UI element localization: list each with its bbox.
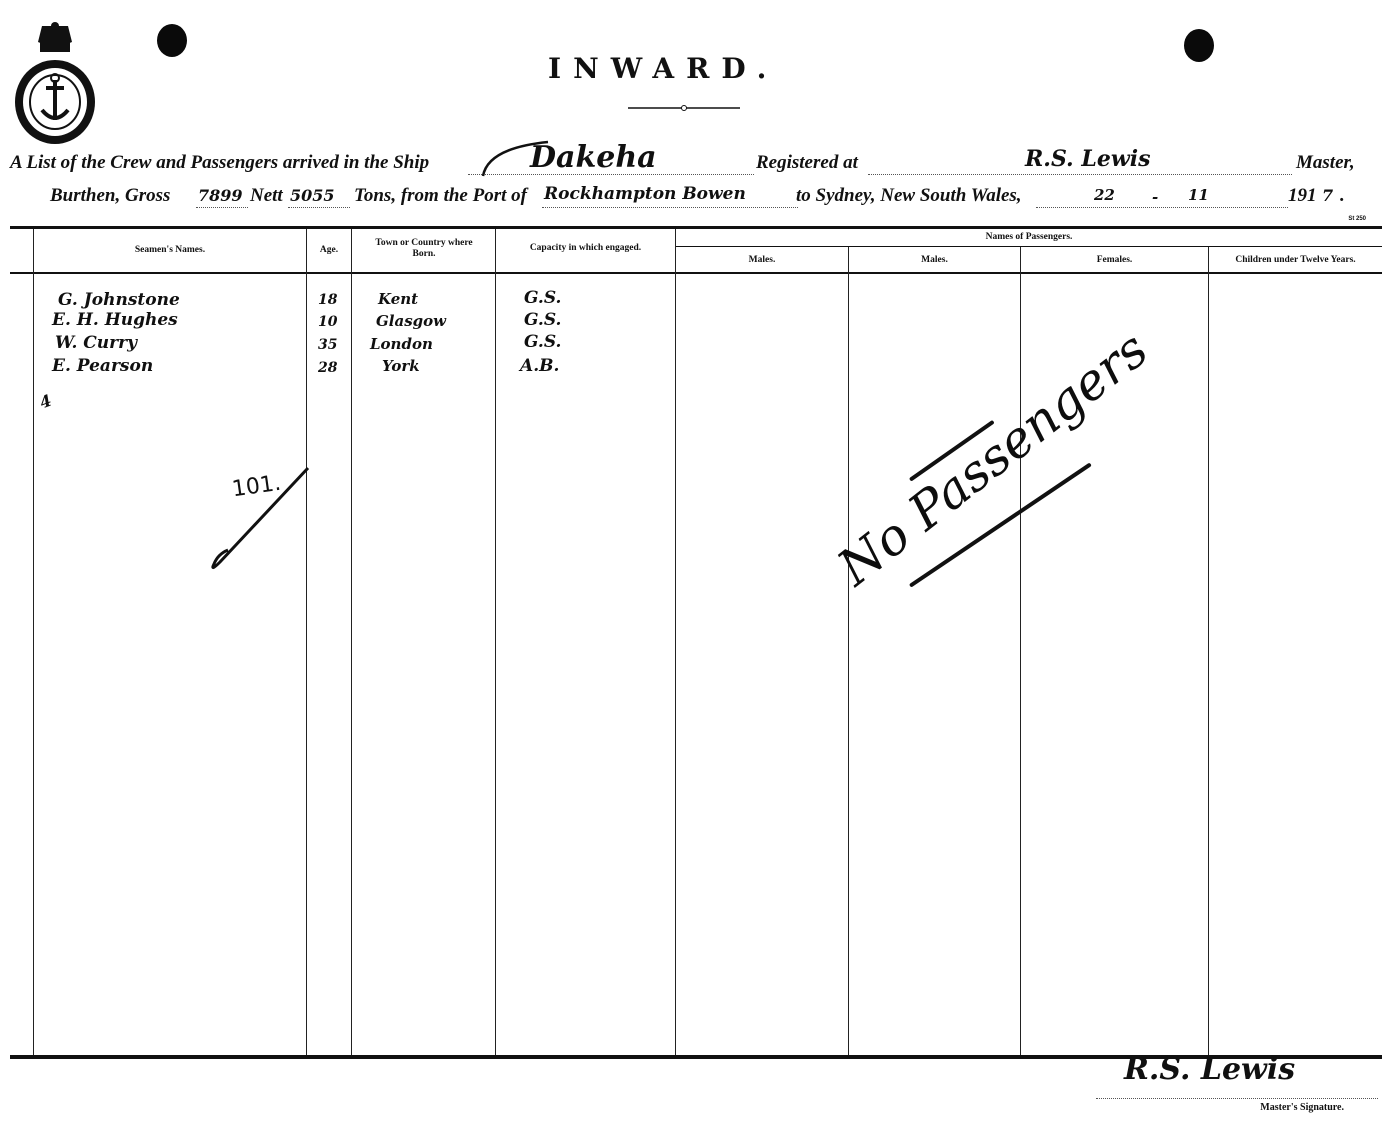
ship-name-flourish: [478, 138, 558, 183]
header-seamens-names: Seamen's Names.: [34, 245, 306, 256]
crew-name: E. H. Hughes: [52, 310, 178, 330]
header-capacity: Capacity in which engaged.: [496, 243, 675, 254]
crew-born: Kent: [378, 290, 418, 308]
date-month-value: 11: [1188, 186, 1209, 204]
gross-value: 7899: [198, 186, 243, 205]
crew-age: 28: [318, 360, 337, 376]
crew-name: E. Pearson: [52, 356, 153, 376]
master-label: Master,: [1296, 152, 1355, 174]
crew-age: 10: [318, 314, 337, 330]
port-field-line: [542, 207, 798, 208]
nett-label: Nett: [250, 185, 283, 207]
col-line-names-age: [306, 229, 307, 1055]
registered-value: R.S. Lewis: [1025, 146, 1151, 172]
crew-name: G. Johnstone: [58, 290, 180, 310]
nett-value: 5055: [290, 186, 335, 205]
signature-line: [1096, 1098, 1378, 1099]
date-day-value: 22: [1094, 186, 1115, 204]
line1-prefix-label: A List of the Crew and Passengers arrive…: [10, 152, 429, 174]
table-top-rule: [10, 226, 1382, 229]
no-passengers-note: No Passengers: [827, 320, 1158, 597]
shipping-masters-crest-icon: [12, 20, 98, 146]
header-age: Age.: [307, 245, 351, 256]
year-end-dot: .: [1340, 185, 1345, 207]
form-number: St 250: [1348, 216, 1366, 222]
form-title: INWARD.: [548, 52, 778, 85]
table-header-bottom-rule: [10, 272, 1382, 274]
crew-name: W. Curry: [55, 333, 137, 353]
header-males-2: Males.: [849, 255, 1020, 266]
title-ornament: [628, 98, 740, 102]
annotation-slash-mark: [208, 466, 312, 579]
crew-capacity: G.S.: [524, 288, 561, 308]
to-sydney-label: to Sydney, New South Wales,: [796, 185, 1022, 207]
signature-label: Master's Signature.: [1260, 1102, 1344, 1113]
crew-capacity: G.S.: [524, 310, 561, 330]
passenger-group-rule: [676, 246, 1382, 247]
year-prefix-label: 191: [1288, 185, 1317, 207]
crew-born: York: [382, 357, 420, 375]
col-line-town-capacity: [495, 229, 496, 1055]
tons-from-port-label: Tons, from the Port of: [354, 185, 527, 207]
port-value: Rockhampton Bowen: [544, 184, 746, 204]
crew-tally-mark: 4: [37, 391, 54, 413]
crew-born: London: [370, 335, 433, 353]
header-children: Children under Twelve Years.: [1209, 255, 1382, 266]
crew-capacity: G.S.: [524, 332, 561, 352]
nett-field-line: [288, 207, 350, 208]
date-field-line: [1036, 207, 1288, 208]
registered-at-label: Registered at: [756, 152, 858, 174]
punch-hole-left: [157, 24, 187, 57]
col-line-males1-males2: [848, 247, 849, 1055]
header-passengers-group: Names of Passengers.: [676, 232, 1382, 243]
date-separator-1: -: [1152, 188, 1158, 206]
col-line-age-town: [351, 229, 352, 1055]
header-females: Females.: [1021, 255, 1208, 266]
punch-hole-right: [1184, 29, 1214, 62]
registered-field-line: [868, 174, 1292, 175]
master-signature: R.S. Lewis: [1124, 1052, 1295, 1087]
gross-field-line: [196, 207, 248, 208]
crew-age: 18: [318, 292, 337, 308]
crew-born: Glasgow: [376, 312, 446, 330]
crew-capacity: A.B.: [520, 356, 559, 376]
col-line-capacity-passengers: [675, 229, 676, 1055]
crew-age: 35: [318, 337, 337, 353]
header-males-1: Males.: [676, 255, 848, 266]
year-suffix-value: 7: [1322, 186, 1333, 205]
col-line-males2-females: [1020, 247, 1021, 1055]
burthen-gross-label: Burthen, Gross: [50, 185, 170, 207]
col-line-left: [33, 229, 34, 1055]
header-town-born: Town or Country where Born.: [374, 238, 474, 260]
col-line-females-children: [1208, 247, 1209, 1055]
